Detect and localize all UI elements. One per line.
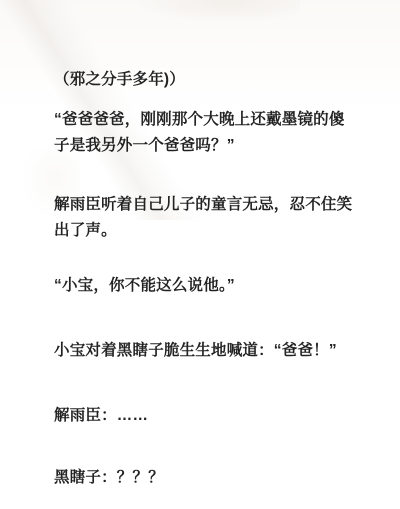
paragraph-narration-call-dad: 小宝对着黑瞎子脆生生地喊道：“爸爸！” (54, 338, 372, 364)
paragraph-tagline: （邪之分手多年)） (54, 67, 372, 93)
text-line: 出了声。 (54, 218, 372, 244)
text-line: 黑瞎子：？？？ (54, 465, 372, 491)
paragraph-reaction-heixiazi: 黑瞎子：？？？ (54, 465, 372, 491)
text-line: 解雨臣听着自己儿子的童言无忌，忍不住笑 (54, 192, 372, 218)
paragraph-narration-laugh: 解雨臣听着自己儿子的童言无忌，忍不住笑 出了声。 (54, 192, 372, 244)
text-line: “爸爸爸爸，刚刚那个大晚上还戴墨镜的傻 (54, 107, 372, 133)
text-line: （邪之分手多年)） (54, 67, 372, 93)
text-line: 小宝对着黑瞎子脆生生地喊道：“爸爸！” (54, 338, 372, 364)
paragraph-reaction-xieyuchen: 解雨臣：…… (54, 403, 372, 429)
novel-text-page: （邪之分手多年)） “爸爸爸爸，刚刚那个大晚上还戴墨镜的傻 子是我另外一个爸爸吗… (0, 0, 400, 509)
paragraph-dialogue-reply: “小宝，你不能这么说他。” (54, 273, 372, 299)
text-line: 子是我另外一个爸爸吗？” (54, 133, 372, 159)
story-text: （邪之分手多年)） “爸爸爸爸，刚刚那个大晚上还戴墨镜的傻 子是我另外一个爸爸吗… (0, 0, 400, 491)
paragraph-dialogue-child-question: “爸爸爸爸，刚刚那个大晚上还戴墨镜的傻 子是我另外一个爸爸吗？” (54, 107, 372, 159)
text-line: 解雨臣：…… (54, 403, 372, 429)
text-line: “小宝，你不能这么说他。” (54, 273, 372, 299)
